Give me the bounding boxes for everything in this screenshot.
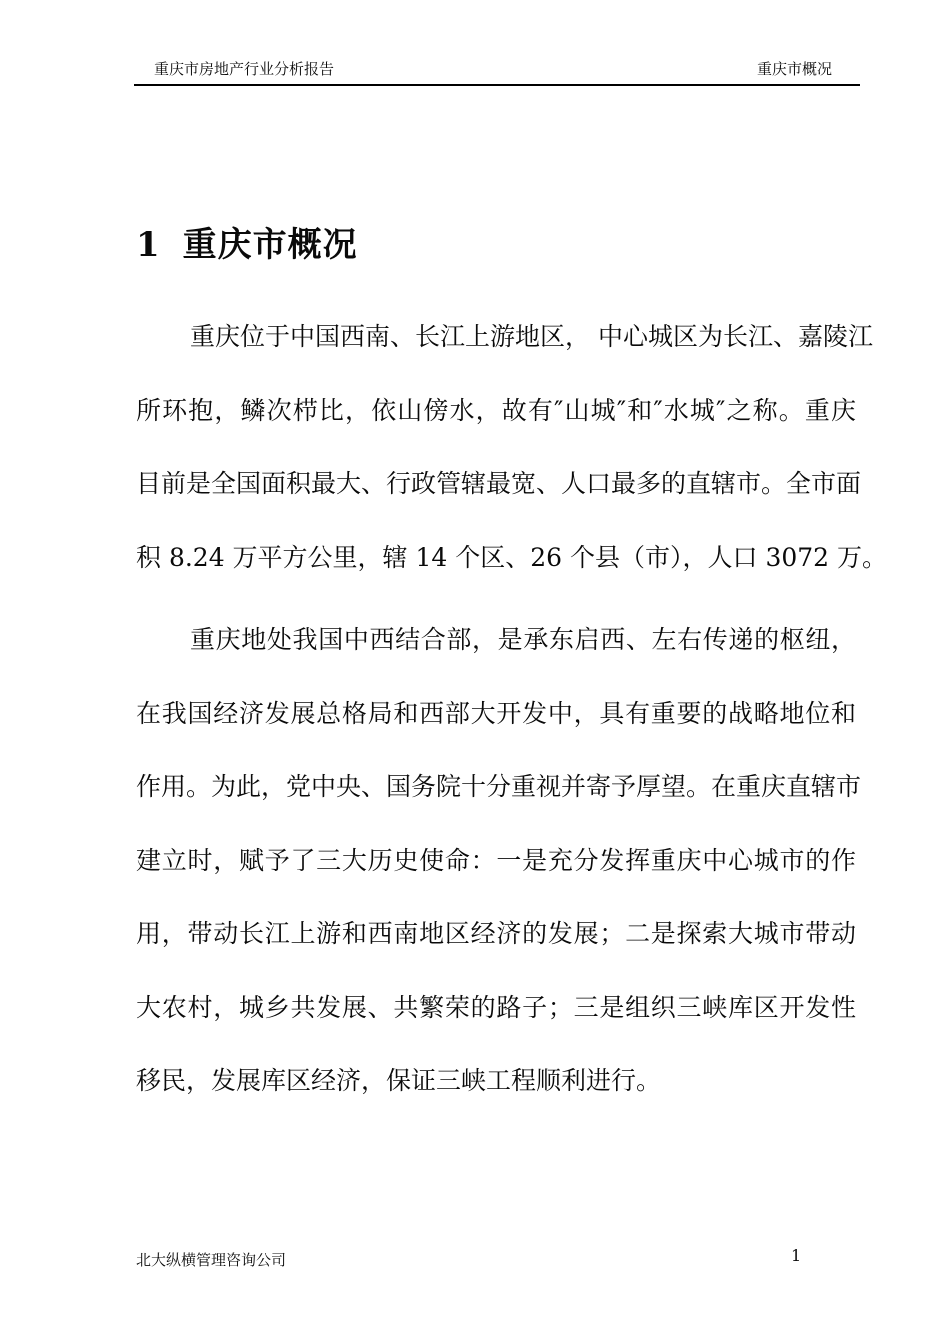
footer-company-name: 北大纵横管理咨询公司 [136, 1249, 286, 1270]
header-section-name: 重庆市概况 [757, 60, 860, 79]
body-line: 大农村，城乡共发展、共繁荣的路子；三是组织三峡库区开发性 [136, 971, 856, 1045]
header-report-title: 重庆市房地产行业分析报告 [134, 60, 334, 79]
footer-page-number: 1 [791, 1246, 801, 1265]
body-line: 所环抱，鳞次栉比，依山傍水，故有″山城″和″水城″之称。重庆 [136, 374, 856, 448]
paragraph: 重庆地处我国中西结合部，是承东启西、左右传递的枢纽， 在我国经济发展总格局和西部… [136, 603, 856, 1118]
body-line: 重庆位于中国西南、长江上游地区， 中心城区为长江、嘉陵江 [136, 300, 856, 374]
document-body: 重庆位于中国西南、长江上游地区， 中心城区为长江、嘉陵江 所环抱，鳞次栉比，依山… [136, 300, 856, 1118]
document-page: 重庆市房地产行业分析报告 重庆市概况 1重庆市概况 重庆位于中国西南、长江上游地… [0, 0, 950, 1344]
body-line: 建立时，赋予了三大历史使命：一是充分发挥重庆中心城市的作 [136, 824, 856, 898]
body-line: 重庆地处我国中西结合部，是承东启西、左右传递的枢纽， [136, 603, 856, 677]
section-number: 1 [136, 225, 161, 265]
section-title-text: 重庆市概况 [183, 225, 358, 265]
body-line: 目前是全国面积最大、行政管辖最宽、人口最多的直辖市。全市面 [136, 447, 856, 521]
paragraph: 重庆位于中国西南、长江上游地区， 中心城区为长江、嘉陵江 所环抱，鳞次栉比，依山… [136, 300, 856, 594]
body-line: 作用。为此，党中央、国务院十分重视并寄予厚望。在重庆直辖市 [136, 750, 856, 824]
body-line: 积 8.24 万平方公里，辖 14 个区、26 个县（市），人口 3072 万。 [136, 521, 856, 595]
body-line: 用，带动长江上游和西南地区经济的发展；二是探索大城市带动 [136, 897, 856, 971]
body-line: 在我国经济发展总格局和西部大开发中，具有重要的战略地位和 [136, 677, 856, 751]
page-header: 重庆市房地产行业分析报告 重庆市概况 [134, 60, 860, 86]
body-line: 移民，发展库区经济，保证三峡工程顺利进行。 [136, 1044, 856, 1118]
section-title: 1重庆市概况 [136, 217, 358, 266]
